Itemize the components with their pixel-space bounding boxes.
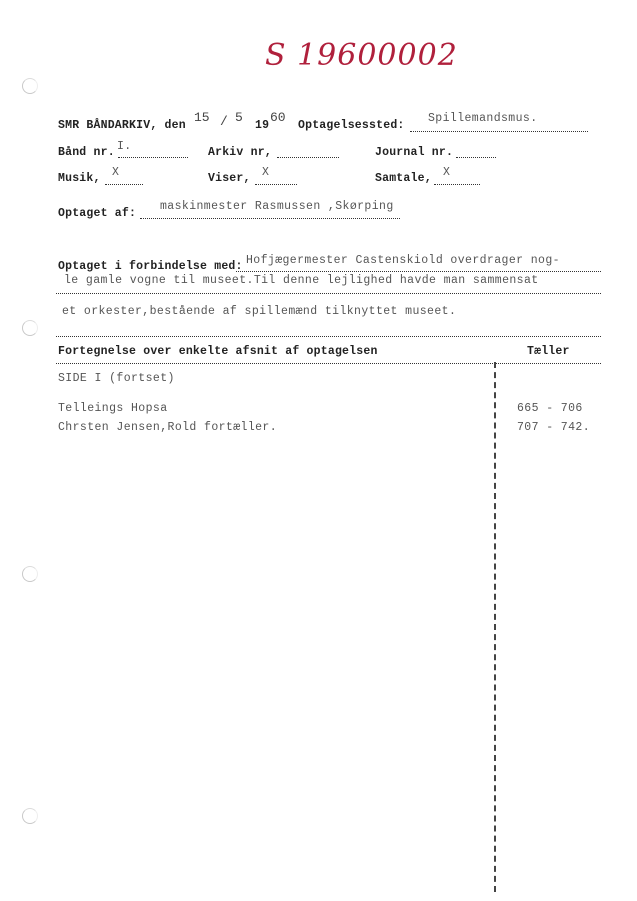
- date-year-suffix: 60: [270, 110, 286, 125]
- date-month: 5: [235, 110, 243, 125]
- arkiv-underline: [277, 157, 339, 158]
- musik-value: X: [112, 166, 119, 179]
- band-underline: [118, 157, 188, 158]
- punch-hole: [22, 320, 38, 336]
- date-year-prefix: 19: [255, 119, 269, 132]
- samtale-value: X: [443, 166, 450, 179]
- occasion-line-2: le gamle vogne til museet.Til denne lejl…: [64, 274, 539, 287]
- archive-number: S 19600002: [265, 38, 458, 73]
- punch-hole: [22, 808, 38, 824]
- punch-hole: [22, 78, 38, 94]
- column-divider: [494, 362, 496, 892]
- list-item-counter: 707 - 742.: [517, 421, 590, 434]
- list-item-counter: 665 - 706: [517, 402, 583, 415]
- section-label: SIDE I (fortset): [58, 372, 175, 385]
- recorded-by-value: maskinmester Rasmussen ,Skørping: [160, 200, 394, 213]
- journal-underline: [456, 157, 496, 158]
- musik-underline: [105, 184, 143, 185]
- punch-hole: [22, 566, 38, 582]
- samtale-label: Samtale,: [375, 172, 432, 185]
- recorded-by-underline: [140, 218, 400, 219]
- archive-label: SMR BÅNDARKIV, den: [58, 119, 186, 132]
- listing-header: Fortegnelse over enkelte afsnit af optag…: [58, 345, 378, 358]
- place-label: Optagelsessted:: [298, 119, 405, 132]
- occasion-line-1: Hofjægermester Castenskiold overdrager n…: [246, 254, 560, 267]
- viser-value: X: [262, 166, 269, 179]
- list-item-text: Chrsten Jensen,Rold fortæller.: [58, 421, 277, 434]
- list-item-text: Telleings Hopsa: [58, 402, 168, 415]
- arkiv-label: Arkiv nr,: [208, 146, 272, 159]
- date-separator: /: [220, 114, 228, 129]
- occasion-underline-1: [236, 271, 601, 272]
- band-label: Bånd nr.: [58, 146, 115, 159]
- samtale-underline: [434, 184, 480, 185]
- recorded-by-label: Optaget af:: [58, 207, 136, 220]
- journal-label: Journal nr.: [375, 146, 453, 159]
- occasion-underline-2: [56, 293, 601, 294]
- date-day: 15: [194, 110, 210, 125]
- place-value: Spillemandsmus.: [428, 112, 538, 125]
- band-value: I.: [117, 140, 132, 153]
- musik-label: Musik,: [58, 172, 101, 185]
- occasion-label: Optaget i forbindelse med:: [58, 260, 243, 273]
- occasion-line-3: et orkester,bestående af spillemænd tilk…: [62, 305, 456, 318]
- listing-top-rule: [56, 336, 601, 337]
- place-underline: [410, 131, 588, 132]
- counter-header: Tæller: [527, 345, 570, 358]
- viser-underline: [255, 184, 297, 185]
- listing-header-rule: [56, 363, 601, 364]
- viser-label: Viser,: [208, 172, 251, 185]
